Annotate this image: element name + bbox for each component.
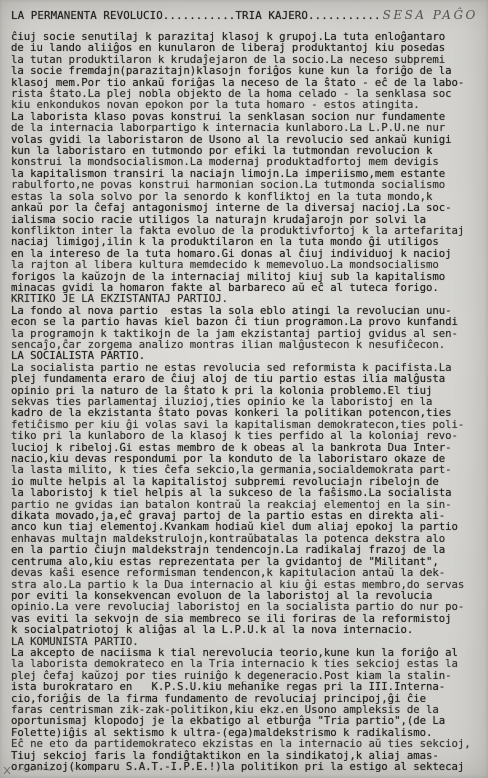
text-line: La laborista klaso povas konstrui la sen… xyxy=(11,111,488,122)
text-line: La fondo al nova partio estas la sola eb… xyxy=(11,305,488,316)
text-line: la kapitalismon transiri la naciajn limo… xyxy=(11,168,488,179)
text-line: Tiuj sekcioj faris la fondiĝtaktikon en … xyxy=(11,750,488,761)
text-line: klasoj mem.Por tio ankaŭ foriĝas la nece… xyxy=(11,77,488,88)
header-handwritten-page-label: SESA PAĜO xyxy=(381,8,478,22)
text-line: fetiĉismo per kiu ĝi volas savi la kapit… xyxy=(11,419,488,430)
text-line: LA KOMUNISTA PARTIO. xyxy=(11,636,488,647)
text-line: opinio.La vere revoluciaj laboristoj en … xyxy=(11,601,488,612)
text-line: io multe helpis al la kapitalistoj subpr… xyxy=(11,476,488,487)
text-line: partio ne gvidas ian batalon kontraŭ la … xyxy=(11,499,488,510)
text-line: konflikton inter la fakta evoluo de la p… xyxy=(11,225,488,236)
text-line: vas eviti la sekvojn de sia membreco se … xyxy=(11,613,488,624)
text-line: stra alo.La partio k la Dua internacio a… xyxy=(11,579,488,590)
text-line: ista burokrataro en K.P.S.U.kiu meĥanike… xyxy=(11,681,488,692)
header-typed-title: LA PERMANENTA REVOLUCIO...........TRIA K… xyxy=(11,9,381,22)
text-line: rista ŝtato.La plej nobla objekto de la … xyxy=(11,88,488,99)
text-line: opinio pri la naturo de la ŝtato k pri l… xyxy=(11,385,488,396)
text-line: centruma alo,kiu estas reprezentata per … xyxy=(11,556,488,567)
text-line: plej fundamenta eraro de ĉiuj aloj de ti… xyxy=(11,373,488,384)
text-line: la programojn k taktikojn de la jam ekzi… xyxy=(11,328,488,339)
text-line: en la partio ĉiujn maldekstrajn tendenco… xyxy=(11,544,488,555)
text-line: devas kaŝi esence reformisman tendencon,… xyxy=(11,567,488,578)
text-line: kiu enkondukos novan epokon por la tuta … xyxy=(11,99,488,110)
text-line: cio,foriĝis de la firma fundamento de re… xyxy=(11,693,488,704)
text-line: Folette)iĝis al sektismo k ultra-(ega)ma… xyxy=(11,727,488,738)
text-line: plej ĉefaj kaŭzoj por ties ruiniĝo k deg… xyxy=(11,670,488,681)
text-line: sencaĵo,ĉar zorgema analizo montras ilia… xyxy=(11,339,488,350)
text-line: de la internacia laborpartigo k internac… xyxy=(11,122,488,133)
text-line: tiko pri la kunlaboro de la klasoj k tie… xyxy=(11,430,488,441)
text-line: lucioj k ribeloj.Ĝi estas membro de k ob… xyxy=(11,442,488,453)
text-line: rabulforto,ne povas konstrui harmonian s… xyxy=(11,179,488,190)
text-line: dikata movado,ja,eĉ gravaj partoj de la … xyxy=(11,510,488,521)
text-line: oportunismaj klopodoj je la ekbatigo al … xyxy=(11,715,488,726)
text-line: konstrui la mondsocialismon.La modernaj … xyxy=(11,156,488,167)
text-line: ĉiuj socie senutilaj k parazitaj klasoj … xyxy=(11,31,488,42)
text-line: volas gvidi la laboristaron de Usono al … xyxy=(11,134,488,145)
document-page: LA PERMANENTA REVOLUCIO...........TRIA K… xyxy=(0,0,488,778)
text-line: KRITIKO JE LA EKZISTANTAJ PARTIOJ. xyxy=(11,293,488,304)
text-line: la tutan produktilaron k krudaĵejaron de… xyxy=(11,54,488,65)
text-line: la laborista demokrateco en la Tria inte… xyxy=(11,658,488,669)
text-line: LA SOCIALISTA PARTIO. xyxy=(11,350,488,361)
text-line: faras centrisman zik-zak-politikon,kiu e… xyxy=(11,704,488,715)
text-line: ankaŭ por la ĉefaj antagonismoj interne … xyxy=(11,202,488,213)
text-line: nacio,kiu devas respondumi por la kondut… xyxy=(11,453,488,464)
text-line: la laboristoj k tiel helpis al la sukces… xyxy=(11,487,488,498)
text-line: minacas gvidi la homaron fakte al barbar… xyxy=(11,282,488,293)
pencil-scribble-mark xyxy=(2,761,122,777)
text-line: La akcepto de naciisma k tial nerevoluci… xyxy=(11,647,488,658)
text-line: en la intereso de la tuta homaro.Ĝi dona… xyxy=(11,248,488,259)
text-line: La socialista partio ne estas revolucia … xyxy=(11,362,488,373)
text-line: la lasta milito, k ties ĉefa sekcio,la g… xyxy=(11,464,488,475)
body-text: ĉiuj socie senutilaj k parazitaj klasoj … xyxy=(11,31,488,772)
text-line: de iu lando aliiĝos en kunularon de libe… xyxy=(11,42,488,53)
text-line: kun la laboristaro en tutmondo por efiki… xyxy=(11,145,488,156)
text-line: Eĉ ne eto da partidemokrateco ekzistas e… xyxy=(11,738,488,749)
text-line: la rajton al libera kultura memdecido k … xyxy=(11,259,488,270)
text-line: econ se la partio havas kiel bazon ĉi ti… xyxy=(11,316,488,327)
page-header: LA PERMANENTA REVOLUCIO...........TRIA K… xyxy=(11,8,484,22)
text-line: naciaj limigoj,ilin k la produktilaron e… xyxy=(11,236,488,247)
text-line: ialisma socio racie utiligos la naturajn… xyxy=(11,214,488,225)
text-line: estas la sola solvo por la senordo k kon… xyxy=(11,191,488,202)
text-line: anco kun tiaj elementoj.Kvankam hodiaŭ k… xyxy=(11,521,488,532)
text-line: sekvas ties parlamentaj iluzioj,ties opi… xyxy=(11,396,488,407)
text-line: enhavas multajn maldekstrulojn,kontraŭba… xyxy=(11,533,488,544)
text-line: k socialpatriotoj k aliĝas al la L.P.U.k… xyxy=(11,624,488,635)
text-line: la socie fremdajn(parazitajn)klasojn for… xyxy=(11,65,488,76)
text-line: forigos la kaŭzojn de la internaciaj mil… xyxy=(11,271,488,282)
text-line: por eviti la konsekvencan evoluon de la … xyxy=(11,590,488,601)
text-line: kadro de la ekzistanta ŝtato povas konke… xyxy=(11,407,488,418)
